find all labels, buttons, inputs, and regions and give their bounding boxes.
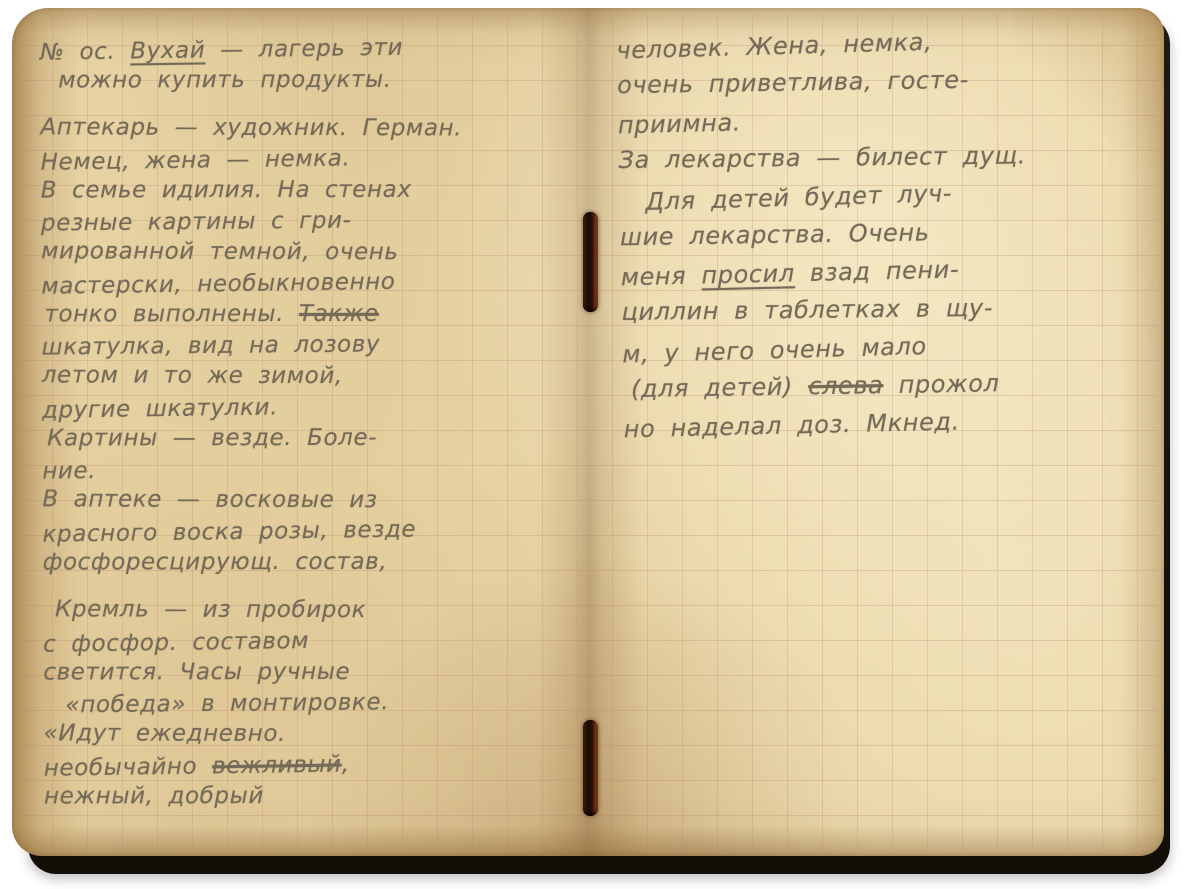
handwriting-line: Аптекарь — художник. Герман. <box>40 112 572 144</box>
handwriting-text: мированной темной, очень <box>41 238 398 265</box>
handwriting-text: Кремль — из пробирок <box>55 596 366 623</box>
handwriting-line: другие шкатулки. <box>42 388 574 426</box>
underlined-word: Вухай <box>130 37 205 64</box>
handwriting-line: «Идут ежедневно. <box>44 718 576 750</box>
handwriting-text: прожол <box>883 369 1000 399</box>
notebook-pages: № ос. Вухай — лагерь этиможно купить про… <box>12 8 1164 856</box>
handwriting-line: фосфоресцирующ. состав, <box>43 547 575 579</box>
handwriting-text: В семье идилия. На стенах <box>41 177 412 204</box>
handwriting-text: шкатулка, вид на лозову <box>41 331 380 360</box>
handwriting-text: В аптеке — восковые из <box>42 486 377 513</box>
handwriting-text: Картины — везде. Боле- <box>47 425 377 452</box>
handwriting-text: резные картины с гри- <box>41 208 352 237</box>
handwriting-text: шие лекарства. Очень <box>620 218 930 251</box>
handwriting-line: Картины — везде. Боле- <box>42 423 574 455</box>
handwriting-text: «победа» в монтировке. <box>65 689 389 718</box>
handwriting-line: можно купить продукты. <box>40 65 572 97</box>
handwriting-line: В семье идилия. На стенах <box>41 175 573 207</box>
handwriting-line: летом и то же зимой, <box>42 360 574 392</box>
handwriting-line: мастерски, необыкновенно <box>41 264 573 302</box>
binding-stitch-bottom <box>583 720 598 816</box>
handwriting-text: № ос. <box>40 38 131 65</box>
handwriting-text: красного воска розы, везде <box>42 516 416 547</box>
handwriting-text: ние. <box>42 458 96 485</box>
handwriting-text: , <box>341 751 349 777</box>
crossed-out-word: Также <box>299 301 379 327</box>
handwriting-line: шкатулка, вид на лозову <box>41 327 573 363</box>
right-page-handwriting: человек. Жена, немка,очень приветлива, г… <box>616 19 1164 447</box>
handwriting-text: меня <box>620 261 701 291</box>
handwriting-text: Для детей будет луч- <box>645 179 953 216</box>
handwriting-text: фосфоресцирующ. состав, <box>43 549 388 576</box>
handwriting-text: с фосфор. составом <box>43 628 309 658</box>
handwriting-text: приимна. <box>618 108 742 139</box>
handwriting-line: «победа» в монтировке. <box>43 685 575 721</box>
handwriting-text: но наделал доз. Мкнед. <box>623 407 960 443</box>
handwriting-text: человек. Жена, немка, <box>616 28 933 65</box>
handwriting-text: можно купить продукты. <box>58 67 392 94</box>
handwriting-text: м, у него очень мало <box>622 332 927 368</box>
handwriting-line: тонко выполнены. Также <box>41 299 573 331</box>
handwriting-line: необычайно вежливый, <box>44 746 576 784</box>
handwriting-line: красного воска розы, везде <box>42 512 574 550</box>
handwriting-text: нежный, добрый <box>44 783 264 809</box>
handwriting-line: Немец, жена — немка. <box>40 140 572 178</box>
handwriting-text: другие шкатулки. <box>42 394 278 423</box>
handwriting-text: Аптекарь — художник. Герман. <box>40 114 462 141</box>
crossed-out-word: слева <box>808 371 884 400</box>
binding-stitch-top <box>583 212 598 312</box>
handwriting-text: Немец, жена — немка. <box>40 145 350 175</box>
handwriting-text: светится. Часы ручные <box>43 659 350 686</box>
crossed-out-word: вежливый <box>212 752 342 780</box>
handwriting-text: (для детей) <box>631 372 809 403</box>
handwriting-line: № ос. Вухай — лагерь эти <box>40 30 572 68</box>
handwriting-line: светится. Часы ручные <box>43 657 575 689</box>
handwriting-text: летом и то же зимой, <box>42 362 343 389</box>
handwriting-line: Кремль — из пробирок <box>43 594 575 626</box>
handwriting-line: нежный, добрый <box>44 781 576 813</box>
handwriting-text: мастерски, необыкновенно <box>41 269 396 300</box>
handwriting-line: ние. <box>42 451 574 487</box>
handwriting-line: резные картины с гри- <box>41 203 573 239</box>
handwriting-text: тонко выполнены. <box>44 301 299 327</box>
handwriting-text: — лагерь эти <box>205 35 403 64</box>
handwriting-text: За лекарства — билест дущ. <box>618 141 1026 174</box>
handwriting-line: мированной темной, очень <box>41 236 573 268</box>
left-page-handwriting: № ос. Вухай — лагерь этиможно купить про… <box>40 33 576 814</box>
handwriting-text: необычайно <box>44 753 213 781</box>
handwriting-text: циллин в таблетках в щу- <box>621 294 993 326</box>
underlined-word: просил <box>701 259 795 289</box>
notebook-photo: № ос. Вухай — лагерь этиможно купить про… <box>0 0 1200 889</box>
handwriting-text: очень приветлива, госте- <box>617 66 969 100</box>
handwriting-text: взад пени- <box>794 255 959 287</box>
handwriting-text: «Идут ежедневно. <box>44 720 286 747</box>
handwriting-line: В аптеке — восковые из <box>42 484 574 516</box>
handwriting-line: с фосфор. составом <box>43 622 575 660</box>
